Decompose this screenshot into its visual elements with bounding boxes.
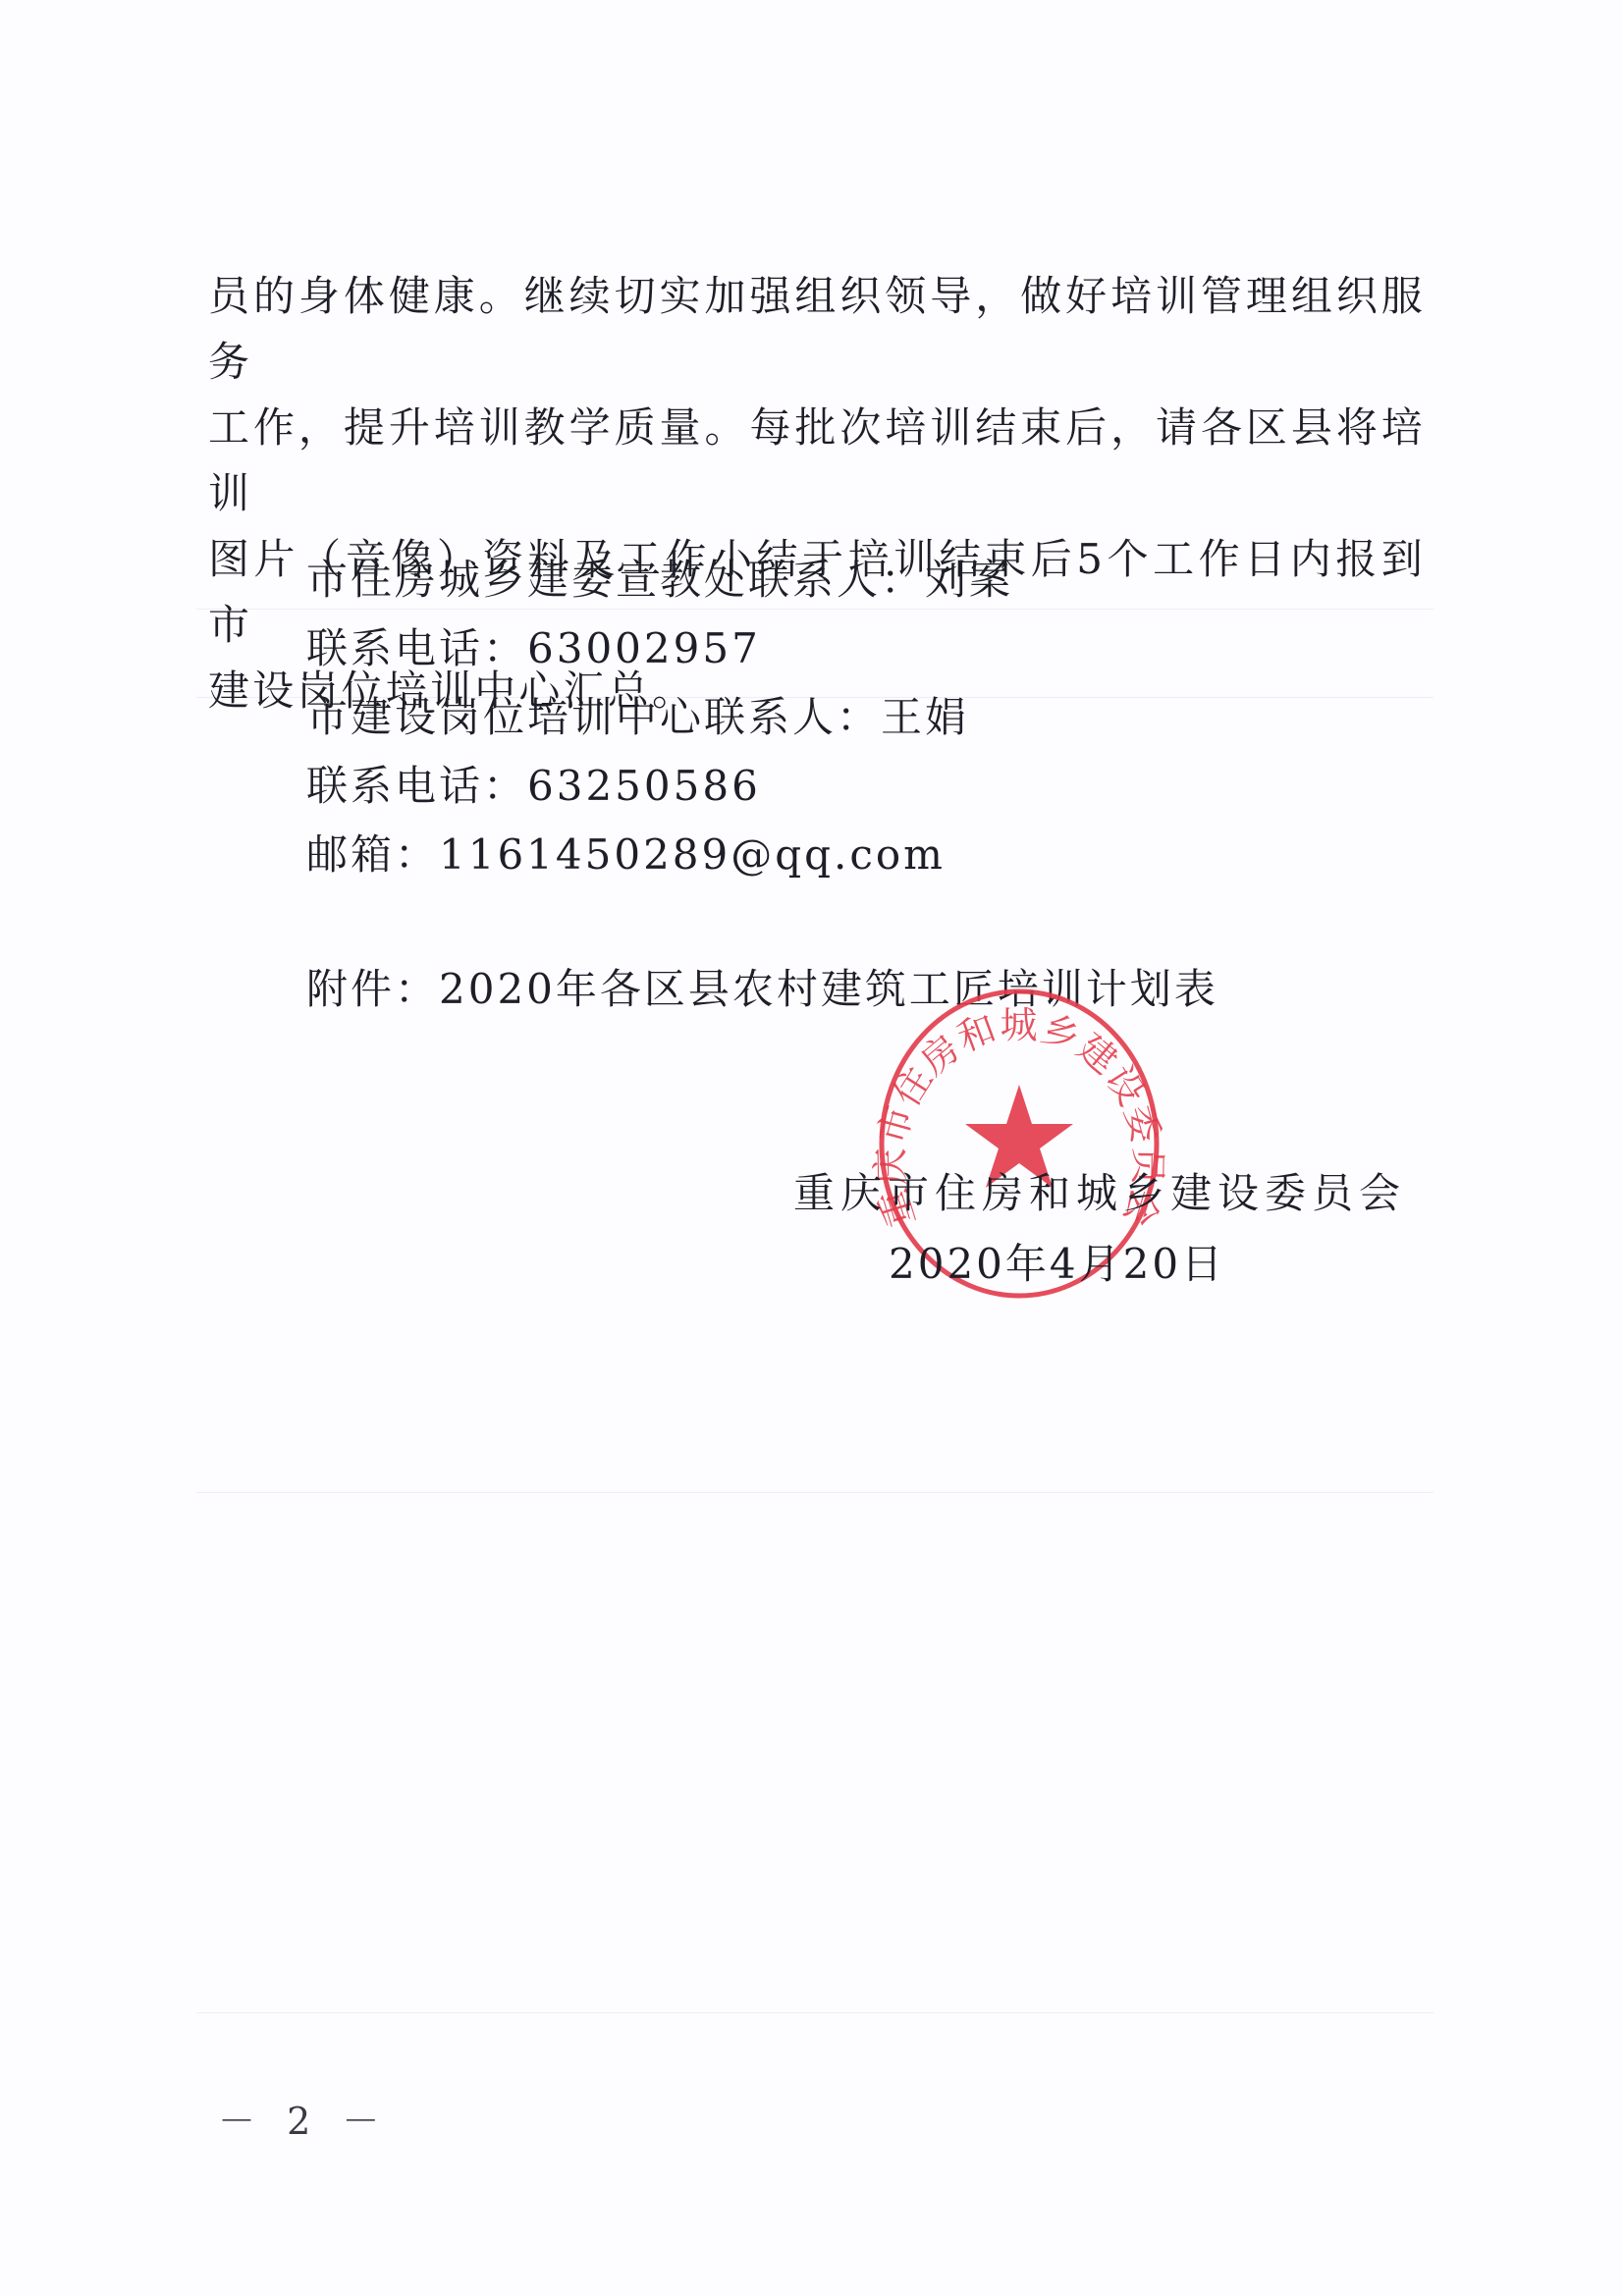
attachment-label: 附件： bbox=[306, 965, 439, 1013]
contact-training-center: 市建设岗位培训中心联系人：王娟 bbox=[306, 685, 969, 744]
contact-name: 王娟 bbox=[881, 693, 969, 741]
issue-date: 2020年4月20日 bbox=[889, 1232, 1225, 1291]
contact-label: 联系电话： bbox=[306, 762, 527, 810]
contact-phone-2: 联系电话：63250586 bbox=[306, 754, 761, 813]
contact-label: 邮箱： bbox=[306, 830, 439, 879]
contact-publicity-office: 市住房城乡建委宣教处联系人：刘案 bbox=[306, 548, 1013, 607]
phone-number: 63250586 bbox=[527, 762, 761, 810]
bleed-divider bbox=[196, 1492, 1434, 1493]
issuer-name: 重庆市住房和城乡建设委员会 bbox=[793, 1161, 1406, 1220]
contact-label: 市住房城乡建委宣教处联系人： bbox=[306, 556, 925, 604]
phone-number: 63002957 bbox=[527, 624, 761, 672]
contact-label: 联系电话： bbox=[306, 624, 527, 672]
email-address[interactable]: 1161450289@qq.com bbox=[439, 830, 946, 879]
document-page: 员的身体健康。继续切实加强组织领导，做好培训管理组织服务 工作，提升培训教学质量… bbox=[0, 0, 1623, 2296]
contact-email: 邮箱：1161450289@qq.com bbox=[306, 823, 946, 881]
contact-name: 刘案 bbox=[925, 556, 1013, 604]
bleed-divider bbox=[196, 2012, 1434, 2013]
contact-label: 市建设岗位培训中心联系人： bbox=[306, 693, 881, 741]
contact-phone-1: 联系电话：63002957 bbox=[306, 616, 761, 675]
body-line: 工作，提升培训教学质量。每批次培训结束后，请各区县将培训 bbox=[208, 395, 1426, 526]
body-line: 员的身体健康。继续切实加强组织领导，做好培训管理组织服务 bbox=[208, 263, 1426, 395]
page-number: － 2 － bbox=[218, 2091, 389, 2145]
